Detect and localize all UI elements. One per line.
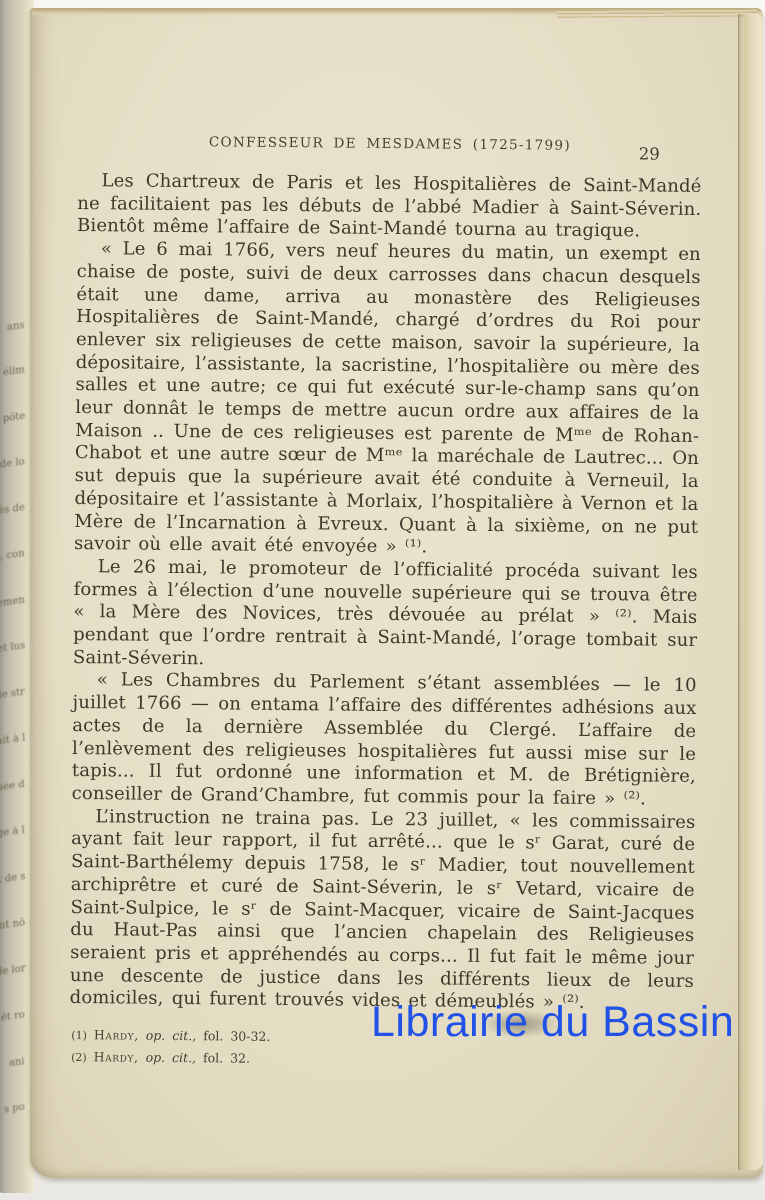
- left-page-text-fragment: er pôte: [0, 411, 25, 426]
- facing-page-edge: ans in, élim er pôte up de lo alités de …: [0, 0, 34, 1193]
- running-header: CONFESSEUR DE MESDAMES (1725-1799) 29: [78, 133, 702, 156]
- footnote-marker: (2): [71, 1051, 87, 1064]
- footnote: (2) Hardy, op. cit., fol. 32.: [71, 1050, 693, 1071]
- left-page-text-fragment: ani: [9, 1057, 25, 1069]
- paragraph: « Les Chambres du Parlement s’étant asse…: [72, 669, 697, 811]
- left-page-text-fragment: êt ro: [1, 1010, 25, 1023]
- book-photo: ans in, élim er pôte up de lo alités de …: [0, 0, 765, 1200]
- body-text: Les Chartreux de Paris et les Hospitaliè…: [70, 170, 702, 1016]
- footnote-folio: fol. 30-32.: [203, 1028, 270, 1044]
- footnote-citation: op. cit.,: [146, 1050, 197, 1065]
- page-number: 29: [639, 145, 660, 162]
- left-page-text-fragment: ssée d: [0, 780, 25, 794]
- left-page-text-fragment: ans: [7, 321, 25, 333]
- chapter-title: CONFESSEUR DE MESDAMES (1725-1799): [209, 134, 571, 153]
- page-stack-corner: [557, 8, 757, 18]
- footnote-citation: op. cit.,: [146, 1028, 197, 1043]
- paragraph: Le 26 mai, le promoteur de l’officialité…: [73, 556, 698, 676]
- left-page-text-fragment: alités de: [0, 503, 25, 519]
- footnote-marker: (1): [71, 1029, 87, 1042]
- footnote-author: Hardy,: [94, 1049, 139, 1064]
- paragraph: L’instruction ne traina pas. Le 23 juill…: [70, 806, 696, 1016]
- left-page-text-fragment: in, élim: [0, 365, 25, 380]
- footnote-author: Hardy,: [94, 1027, 139, 1042]
- paragraph: Les Chartreux de Paris et les Hospitaliè…: [77, 170, 702, 244]
- left-page-text-fragment: up de lo: [0, 457, 25, 473]
- left-page-text-fragment: s po: [4, 1103, 25, 1116]
- left-page-text-fragment: es et lus: [0, 641, 25, 657]
- paragraph: « Le 6 mai 1766, vers neuf heures du mat…: [74, 238, 701, 562]
- left-page-text-fragment: ade, con: [0, 549, 25, 565]
- left-page-text-fragment: nt nô: [0, 918, 25, 932]
- book-fore-edge: [738, 14, 763, 1170]
- bookseller-watermark: Librairie du Bassin: [371, 998, 734, 1046]
- left-page-text-fragment: de lor: [0, 964, 25, 978]
- facing-page-text-fragments: ans in, élim er pôte up de lo alités de …: [0, 0, 34, 1114]
- left-page-text-fragment: d le str: [0, 688, 25, 703]
- left-page-text-fragment: ège à l: [0, 826, 25, 841]
- left-page-text-fragment: rlemen: [0, 596, 25, 611]
- footnote-folio: fol. 32.: [203, 1050, 250, 1065]
- left-page-text-fragment: x de s: [0, 872, 25, 886]
- printed-content: CONFESSEUR DE MESDAMES (1725-1799) 29 Le…: [69, 133, 702, 1078]
- left-page-text-fragment: illait à l: [0, 733, 25, 748]
